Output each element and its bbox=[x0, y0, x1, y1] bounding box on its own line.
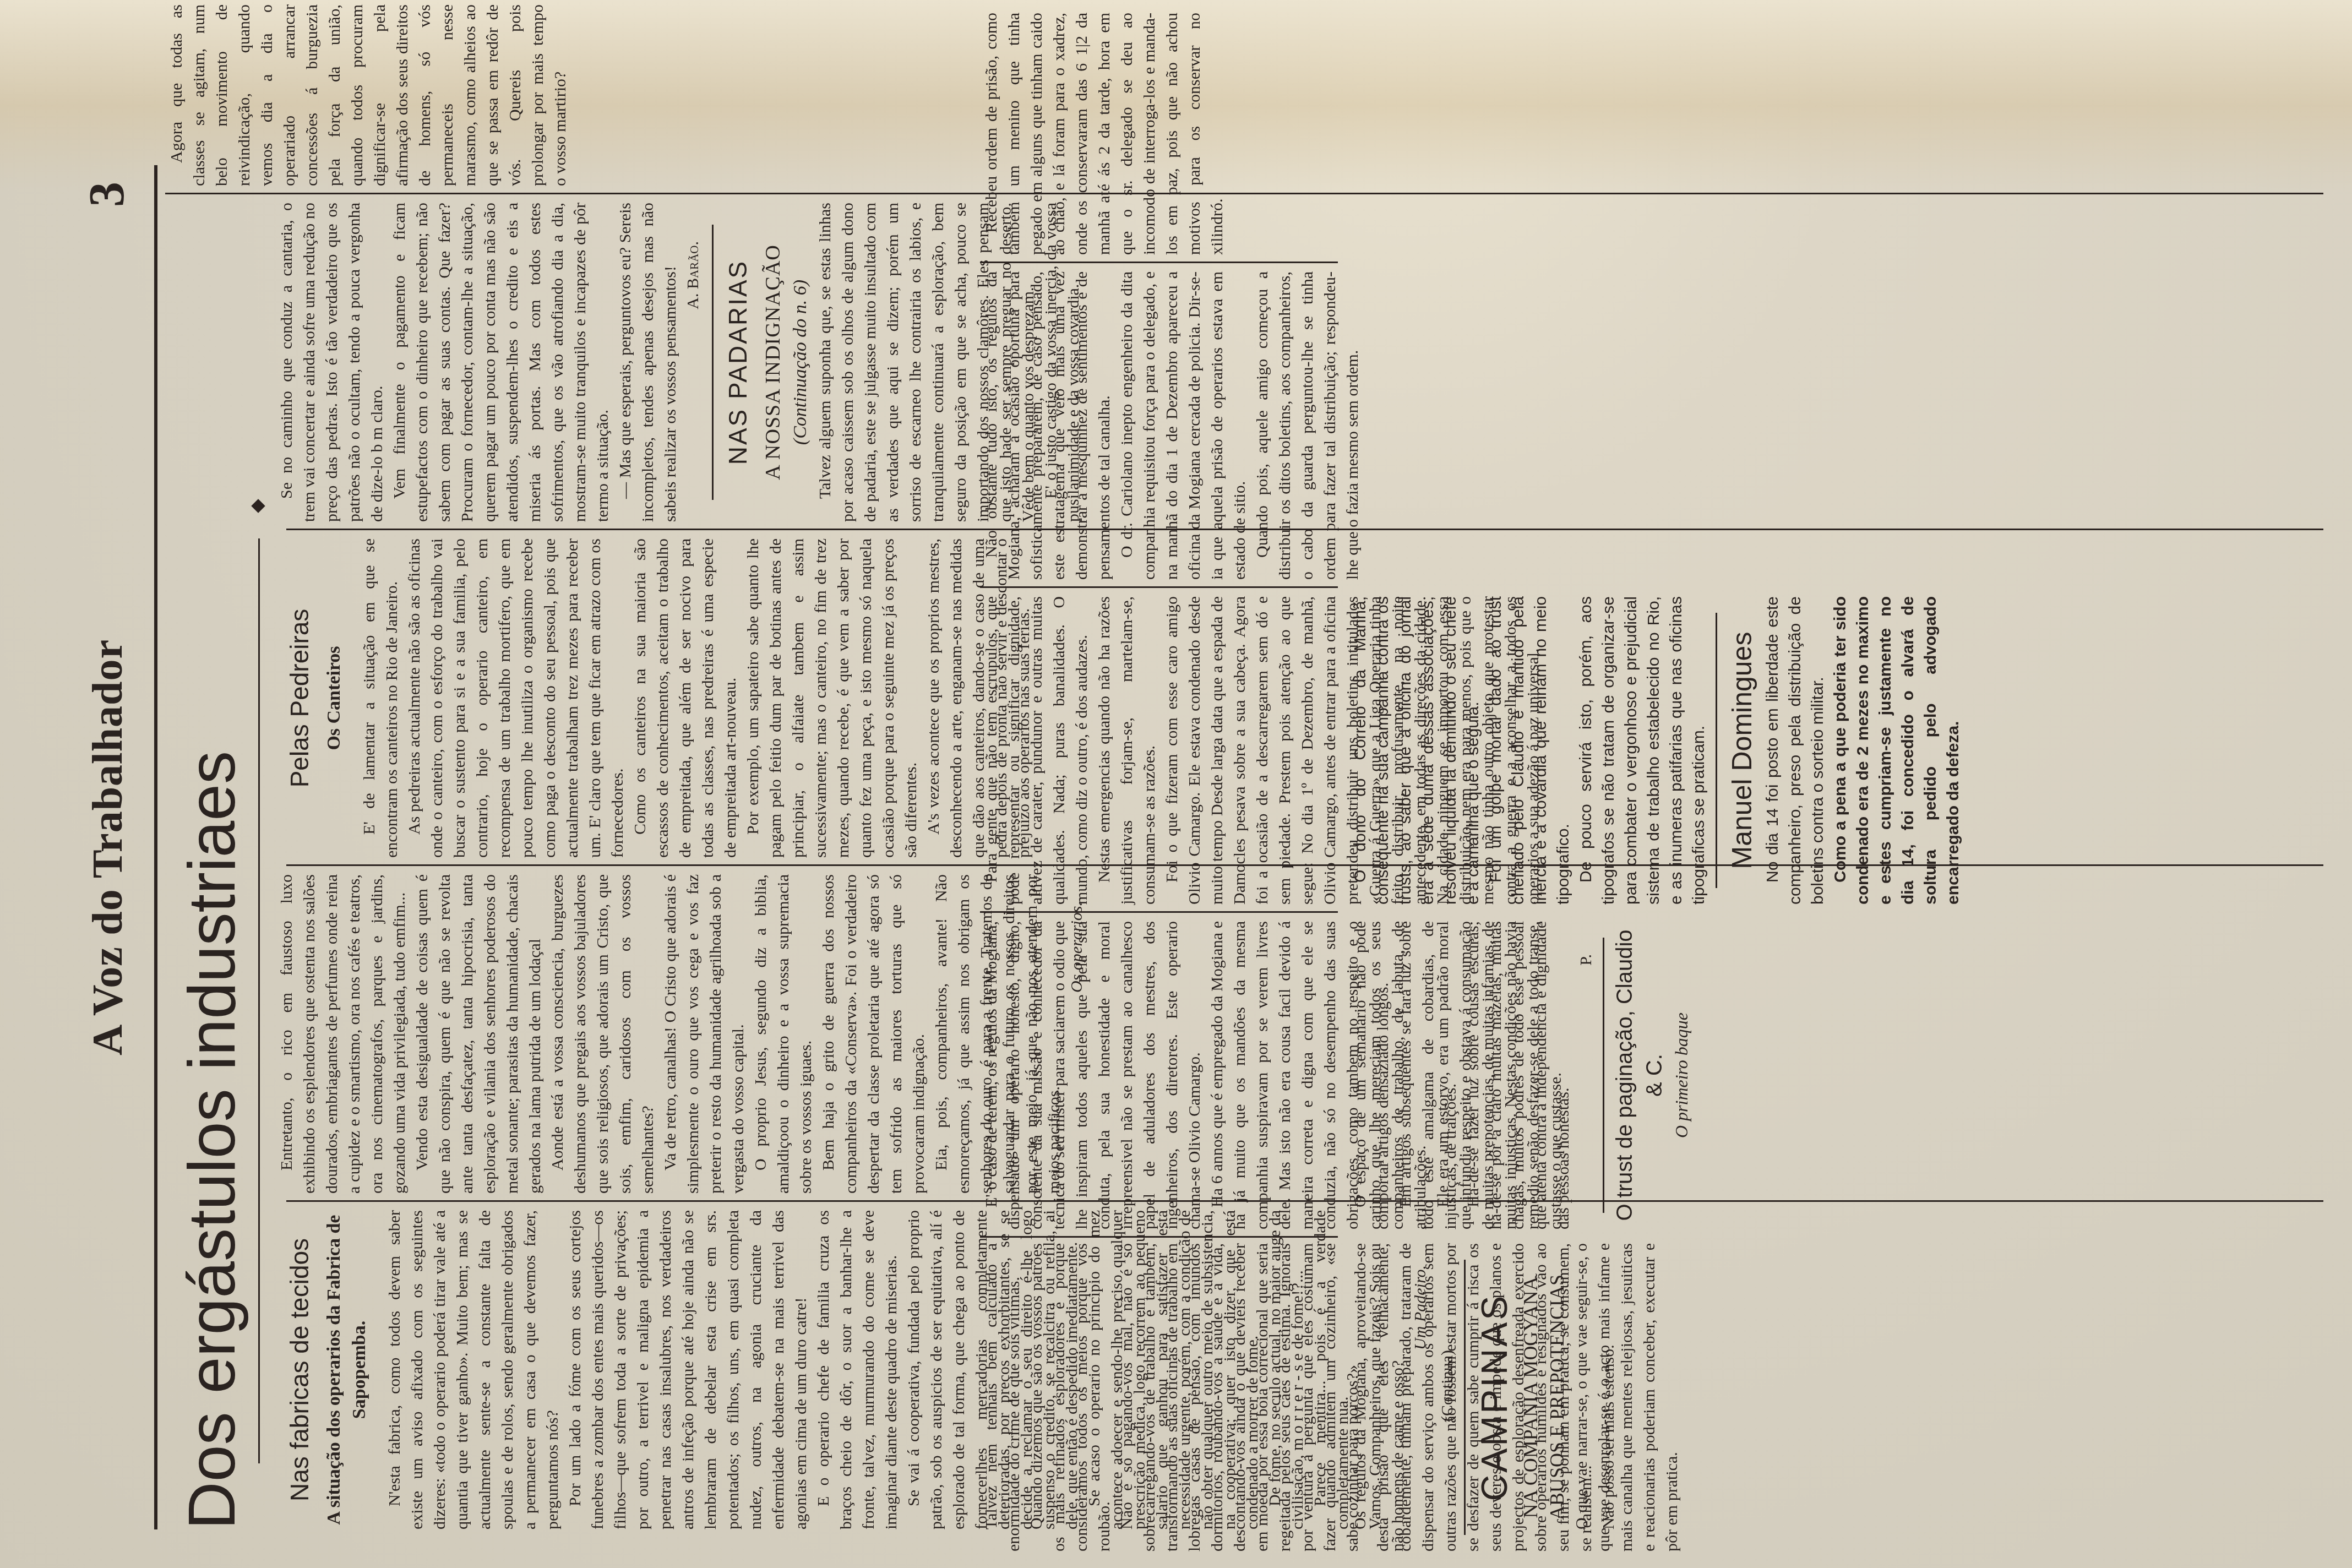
paragraph: De pouco servirá isto, porém, aos tipogr… bbox=[1575, 596, 1710, 905]
paragraph: Em artigos subsequentes se fará luz sobr… bbox=[1394, 921, 1462, 1229]
paragraph: No dia 14 foi posto em liberdade este co… bbox=[1761, 596, 1829, 905]
paragraph: Não posso ser mais estenso. bbox=[1597, 1243, 1620, 1551]
column-12: O espaço de um semanario não pode compor… bbox=[1349, 921, 1694, 1229]
paragraph: Os regulos da Mogiana, aproveitando-se d… bbox=[1349, 1243, 1597, 1551]
paragraph: Como a pena a que poderia ter sido conde… bbox=[1829, 596, 1964, 905]
paragraph: Foi um golpe mortal dado ao trust chefia… bbox=[1484, 596, 1575, 905]
section-rule bbox=[1603, 938, 1604, 1213]
paragraph: Ha-de-se fazer luz sobre cousas escuras;… bbox=[1462, 921, 1575, 1229]
rotated-far-columns: Os regulos da Mogiana, aproveitando-se d… bbox=[0, 0, 2352, 1568]
section-rule bbox=[1716, 613, 1717, 888]
column-11: Os regulos da Mogiana, aproveitando-se d… bbox=[1349, 1243, 1620, 1551]
section-subheading-baque: O primeiro baque bbox=[1669, 921, 1694, 1229]
paragraph: O espaço de um semanario não pode compor… bbox=[1349, 921, 1394, 1229]
signature: P. bbox=[1575, 921, 1597, 1229]
paragraph: O dono do Correio da Manhã, consequente … bbox=[1349, 596, 1484, 905]
column-13: O dono do Correio da Manhã, consequente … bbox=[1349, 596, 1964, 905]
section-heading-domingues: Manuel Domingues bbox=[1723, 596, 1761, 905]
section-heading-trust: O trust de paginação, Claudio & C. bbox=[1610, 921, 1669, 1229]
rotated-far-columns-upright: Os regulos da Mogiana, aproveitando-se d… bbox=[0, 0, 2352, 1568]
